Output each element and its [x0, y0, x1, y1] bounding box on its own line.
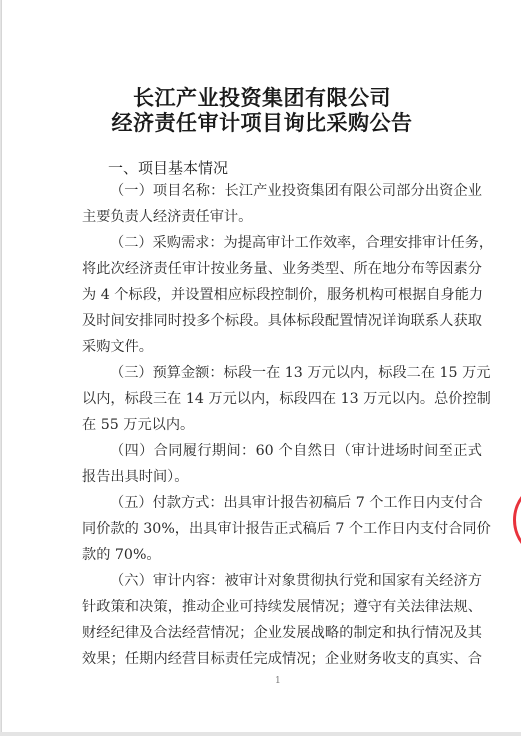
body-line: （三）预算金额：标段一在 13 万元以内，标段二在 15 万元	[110, 362, 482, 382]
body-line: （四）合同履行期间：60 个自然日（审计进场时间至正式	[110, 440, 482, 460]
body-line: （六）审计内容：被审计对象贯彻执行党和国家有关经济方	[110, 570, 482, 590]
body-line: 将此次经济责任审计按业务量、业务类型、所在地分布等因素分	[82, 258, 482, 278]
page-number: 1	[275, 676, 281, 686]
body-line: （一）项目名称：长江产业投资集团有限公司部分出资企业	[110, 180, 482, 200]
body-line: 及时间安排同时投多个标段。具体标段配置情况详询联系人获取	[82, 310, 482, 330]
body-line: （五）付款方式：出具审计报告初稿后 7 个工作日内支付合	[110, 492, 482, 512]
section-heading: 一、项目基本情况	[108, 157, 228, 178]
body-line: 为 4 个标段，并设置相应标段控制价，服务机构可根据自身能力	[82, 284, 482, 304]
document-page: 长江产业投资集团有限公司 经济责任审计项目询比采购公告 一、项目基本情况 （一）…	[1, 0, 521, 732]
body-line: 报告出具时间）。	[82, 466, 482, 486]
body-line: 在 55 万元以内。	[82, 414, 482, 434]
body-line: 以内，标段三在 14 万元以内，标段四在 13 万元以内。总价控制	[82, 388, 482, 408]
title-line-2: 经济责任审计项目询比采购公告	[2, 107, 521, 137]
body-line: 款的 70%。	[82, 544, 482, 564]
body-line: 主要负责人经济责任审计。	[82, 206, 482, 226]
body-line: （二）采购需求：为提高审计工作效率，合理安排审计任务，	[110, 232, 482, 252]
body-line: 财经纪律及合法经营情况；企业发展战略的制定和执行情况及其	[82, 622, 482, 642]
body-line: 同价款的 30%，出具审计报告正式稿后 7 个工作日内支付合同价	[82, 518, 482, 538]
body-line: 采购文件。	[82, 336, 482, 356]
body-line: 针政策和决策，推动企业可持续发展情况；遵守有关法律法规、	[82, 596, 482, 616]
red-seal-stamp-icon	[513, 480, 521, 560]
body-line: 效果；任期内经营目标责任完成情况；企业财务收支的真实、合	[82, 648, 482, 668]
